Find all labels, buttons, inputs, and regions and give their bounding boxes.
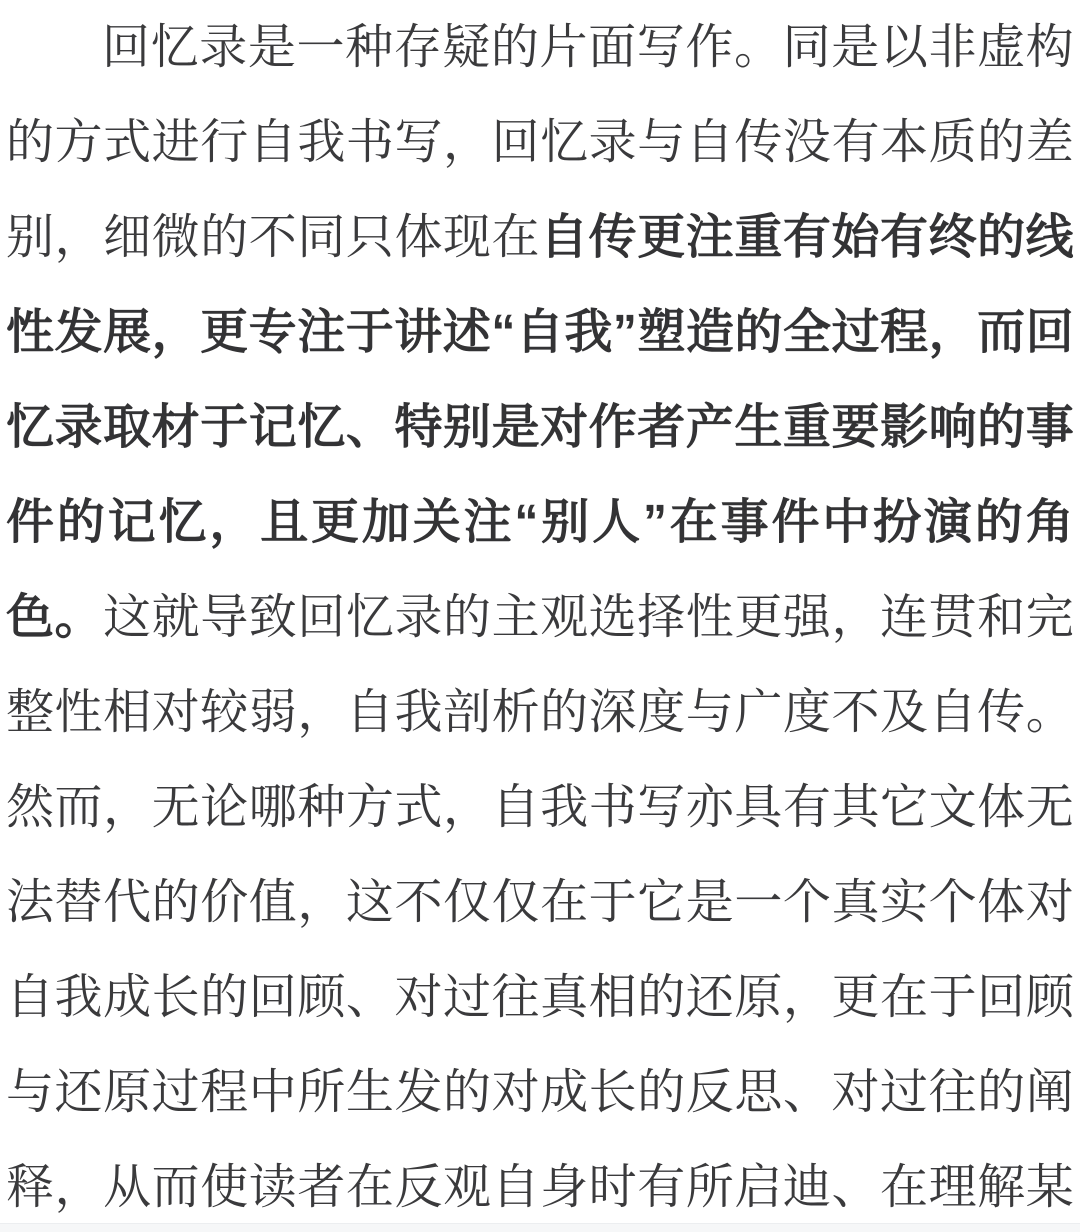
text-line: 与还原过程中所生发的对成长的反思、对过往的阐 bbox=[6, 1045, 1074, 1140]
text-line: 忆录取材于记忆、特别是对作者产生重要影响的事 bbox=[6, 380, 1074, 475]
text-segment-bold: 色。 bbox=[6, 591, 103, 644]
document-page: 回忆录是一种存疑的片面写作。同是以非虚构 的方式进行自我书写，回忆录与自传没有本… bbox=[0, 0, 1080, 1232]
bottom-divider-strip bbox=[0, 1223, 1080, 1232]
text-line: 件的记忆，且更加关注“别人”在事件中扮演的角 bbox=[6, 475, 1074, 570]
text-segment: 释，从而使读者在反观自身时有所启迪、在理解某 bbox=[6, 1161, 1074, 1214]
text-segment: 的方式进行自我书写，回忆录与自传没有本质的差 bbox=[6, 116, 1074, 169]
text-line: 别，细微的不同只体现在自传更注重有始有终的线 bbox=[6, 190, 1074, 285]
text-line: 释，从而使读者在反观自身时有所启迪、在理解某 bbox=[6, 1140, 1074, 1232]
text-line: 整性相对较弱，自我剖析的深度与广度不及自传。 bbox=[6, 665, 1074, 760]
paragraph-text: 回忆录是一种存疑的片面写作。同是以非虚构 的方式进行自我书写，回忆录与自传没有本… bbox=[0, 0, 1080, 1232]
text-line: 的方式进行自我书写，回忆录与自传没有本质的差 bbox=[6, 95, 1074, 190]
text-segment-bold: 件的记忆，且更加关注“别人”在事件中扮演的角 bbox=[6, 496, 1074, 549]
text-line: 法替代的价值，这不仅仅在于它是一个真实个体对 bbox=[6, 855, 1074, 950]
text-segment: 回忆录是一种存疑的片面写作。同是以非虚构 bbox=[102, 21, 1074, 74]
text-segment: 然而，无论哪种方式，自我书写亦具有其它文体无 bbox=[6, 781, 1074, 834]
text-line: 性发展，更专注于讲述“自我”塑造的全过程，而回 bbox=[6, 285, 1074, 380]
text-segment: 自我成长的回顾、对过往真相的还原，更在于回顾 bbox=[6, 971, 1074, 1024]
text-line: 自我成长的回顾、对过往真相的还原，更在于回顾 bbox=[6, 950, 1074, 1045]
text-segment: 别，细微的不同只体现在 bbox=[6, 211, 540, 264]
text-line: 然而，无论哪种方式，自我书写亦具有其它文体无 bbox=[6, 760, 1074, 855]
text-segment-bold: 自传更注重有始有终的线 bbox=[540, 211, 1074, 264]
text-segment: 法替代的价值，这不仅仅在于它是一个真实个体对 bbox=[6, 876, 1074, 929]
text-segment: 这就导致回忆录的主观选择性更强，连贯和完 bbox=[103, 591, 1074, 644]
text-segment: 与还原过程中所生发的对成长的反思、对过往的阐 bbox=[6, 1066, 1074, 1119]
text-line: 色。这就导致回忆录的主观选择性更强，连贯和完 bbox=[6, 570, 1074, 665]
text-segment-bold: 忆录取材于记忆、特别是对作者产生重要影响的事 bbox=[6, 401, 1074, 454]
text-line: 回忆录是一种存疑的片面写作。同是以非虚构 bbox=[6, 0, 1074, 95]
text-segment: 整性相对较弱，自我剖析的深度与广度不及自传。 bbox=[6, 686, 1074, 739]
text-segment-bold: 性发展，更专注于讲述“自我”塑造的全过程，而回 bbox=[6, 306, 1074, 359]
